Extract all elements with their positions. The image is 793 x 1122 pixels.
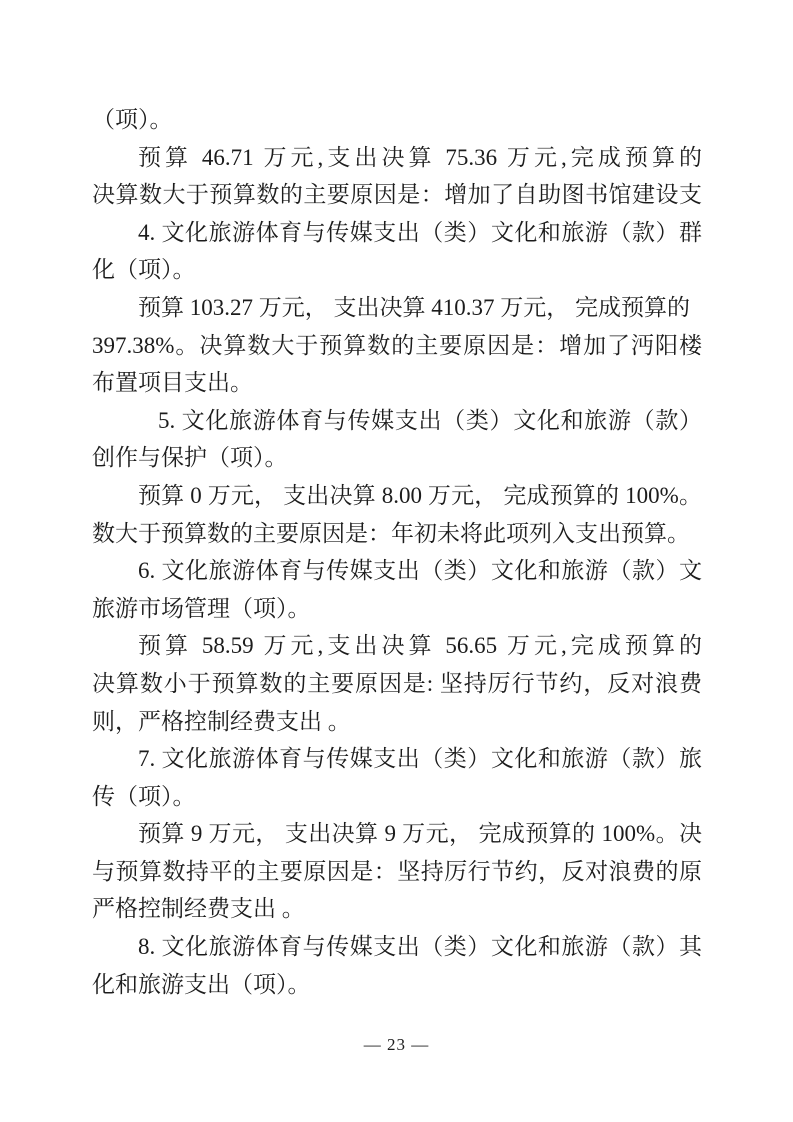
text-line: 6. 文化旅游体育与传媒支出（类）文化和旅游（款）文化和 [92, 552, 702, 590]
text-line: 严格控制经费支出 。 [92, 890, 702, 928]
text-line: 预算 0 万元， 支出决算 8.00 万元， 完成预算的 100%。决算 [92, 477, 702, 515]
text-line: 数大于预算数的主要原因是：年初未将此项列入支出预算。 [92, 515, 702, 553]
text-line: 5. 文化旅游体育与传媒支出（类）文化和旅游（款）文化 [92, 402, 702, 440]
text-line: 7. 文化旅游体育与传媒支出（类）文化和旅游（款）旅游宣 [92, 740, 702, 778]
text-line: 则，严格控制经费支出 。 [92, 703, 702, 741]
text-line: 与预算数持平的主要原因是：坚持厉行节约，反对浪费的原则， [92, 853, 702, 891]
text-line: （项）。 [92, 101, 702, 139]
text-line: 化和旅游支出（项）。 [92, 966, 702, 1004]
text-line: 8. 文化旅游体育与传媒支出（类）文化和旅游（款）其他文 [92, 928, 702, 966]
text-line: 397.38%。决算数大于预算数的主要原因是：增加了沔阳楼文化 [92, 327, 702, 365]
text-line: 布置项目支出。 [92, 364, 702, 402]
text-line: 传（项）。 [92, 778, 702, 816]
page-number: — 23 — [0, 1034, 793, 1056]
text-line: 预算 58.59 万元,支出决算 56.65 万元,完成预算的 96.69%。 [92, 627, 702, 665]
text-line: 决算数小于预算数的主要原因是: 坚持厉行节约，反对浪费的原 [92, 665, 702, 703]
text-line: 预算 103.27 万元， 支出决算 410.37 万元， 完成预算的 [92, 289, 702, 327]
text-line: 预算 9 万元， 支出决算 9 万元， 完成预算的 100%。决算数 [92, 815, 702, 853]
page: （项）。预算 46.71 万元,支出决算 75.36 万元,完成预算的 161.… [0, 0, 793, 1122]
text-line: 化（项）。 [92, 251, 702, 289]
text-line: 旅游市场管理（项）。 [92, 590, 702, 628]
text-line: 决算数大于预算数的主要原因是：增加了自助图书馆建设支出。 [92, 176, 702, 214]
text-line: 4. 文化旅游体育与传媒支出（类）文化和旅游（款）群众文 [92, 214, 702, 252]
text-line: 预算 46.71 万元,支出决算 75.36 万元,完成预算的 161.34%。 [92, 139, 702, 177]
document-lines: （项）。预算 46.71 万元,支出决算 75.36 万元,完成预算的 161.… [92, 101, 702, 1003]
text-line: 创作与保护（项）。 [92, 439, 702, 477]
